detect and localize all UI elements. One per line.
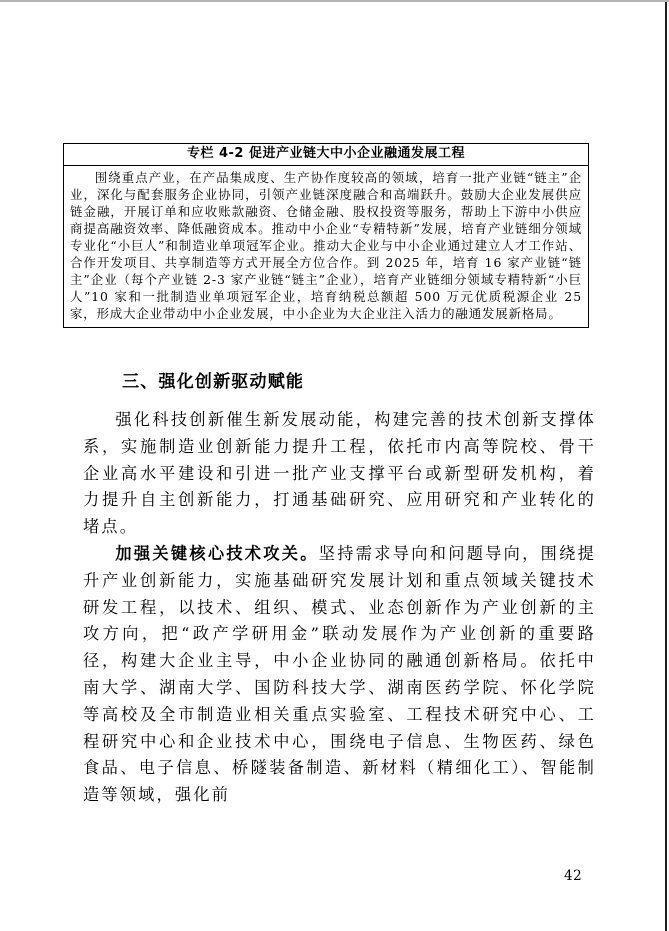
callout-box-title: 专栏 4-2 促进产业链大中小企业融通发展工程 (64, 144, 588, 166)
paragraph-2: 加强关键核心技术攻关。坚持需求导向和问题导向，围绕提升产业创新能力，实施基础研究… (83, 541, 596, 809)
section-heading: 三、强化创新驱动赋能 (83, 372, 596, 392)
page-right-edge-line (665, 2, 667, 931)
document-page: 专栏 4-2 促进产业链大中小企业融通发展工程 围绕重点产业，在产品集成度、生产… (0, 0, 669, 931)
page-top-edge-line (0, 0, 669, 2)
page-number: 42 (564, 868, 582, 884)
paragraph-2-text: 坚持需求导向和问题导向，围绕提升产业创新能力，实施基础研究发展计划和重点领域关键… (83, 544, 596, 804)
paragraph-2-bold-lead: 加强关键核心技术攻关。 (115, 544, 318, 563)
callout-box: 专栏 4-2 促进产业链大中小企业融通发展工程 围绕重点产业，在产品集成度、生产… (63, 143, 589, 328)
paragraph-1: 强化科技创新催生新发展动能，构建完善的技术创新支撑体系，实施制造业创新能力提升工… (83, 407, 596, 541)
section-content: 三、强化创新驱动赋能 强化科技创新催生新发展动能，构建完善的技术创新支撑体系，实… (83, 372, 596, 809)
callout-box-body: 围绕重点产业，在产品集成度、生产协作度较高的领域，培育一批产业链“链主”企业，深… (64, 166, 588, 327)
